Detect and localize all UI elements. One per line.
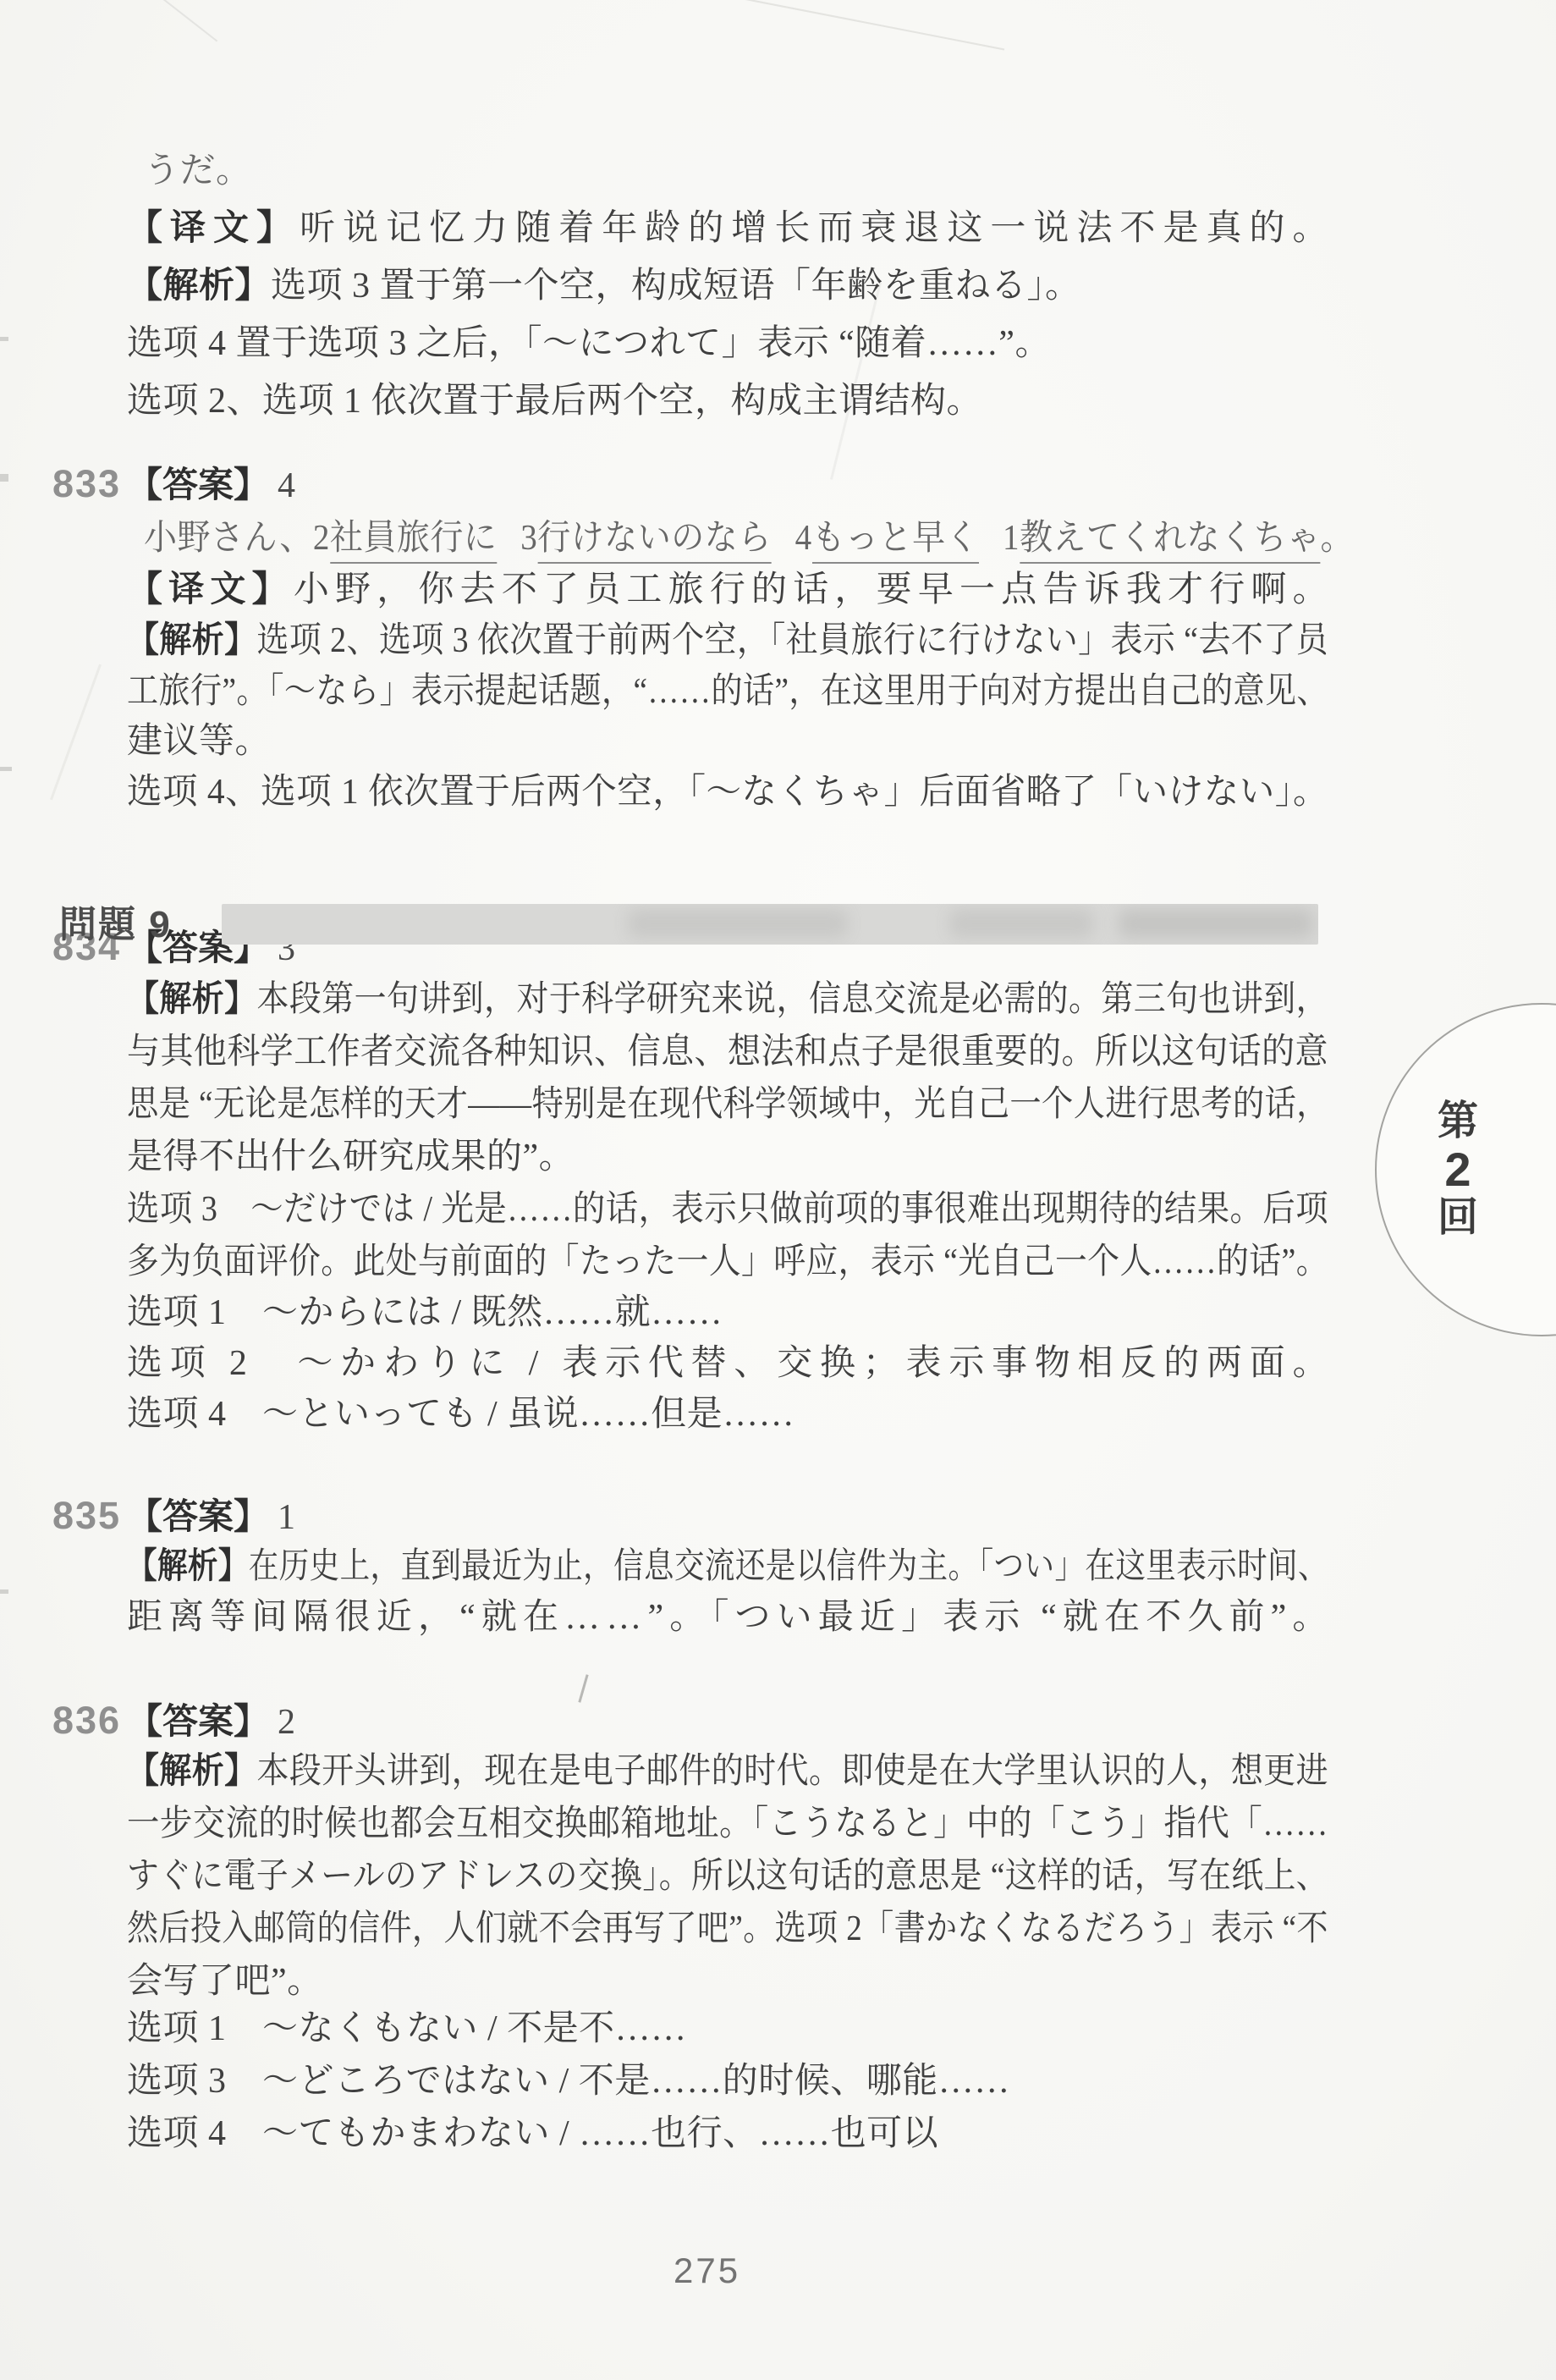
text-line: 一步交流的时候也都会互相交换邮箱地址。「こうなると」中的「こう」指代「…… bbox=[127, 1798, 1328, 1850]
band-blurred-text-smudge bbox=[1119, 909, 1313, 938]
item-number: 836 bbox=[52, 1694, 127, 1747]
text-line: 多为负面评价。此处与前面的「たった一人」呼应，表示 “光自己一个人……的话”。 bbox=[127, 1236, 1328, 1288]
band-blurred-text-smudge bbox=[628, 909, 848, 938]
item-answer-head: 835【答案】1 bbox=[52, 1490, 295, 1542]
answer-value: 4 bbox=[278, 466, 295, 505]
underlined-segment: 社員旅行に bbox=[330, 519, 498, 564]
round-2-side-tab: 第 2 回 bbox=[1375, 1003, 1556, 1336]
segment-number: 4 bbox=[795, 519, 812, 558]
answer-value: 1 bbox=[278, 1498, 295, 1537]
text-line: 选项 2 ～かわりに / 表示代替、交换；表示事物相反的两面。 bbox=[127, 1337, 1335, 1390]
item-answer-head: 833【答案】4 bbox=[52, 458, 295, 510]
segment-number: 3 bbox=[520, 519, 537, 558]
answer-label: 【答案】 bbox=[127, 1498, 269, 1537]
scan-edge-speck bbox=[0, 767, 12, 771]
segment-number: 2 bbox=[313, 519, 330, 558]
round-2-tab-label: 第 2 回 bbox=[1420, 1099, 1496, 1240]
item-number: 835 bbox=[52, 1490, 127, 1542]
underlined-segment: 行けないのなら bbox=[537, 519, 772, 564]
text-line: 【解析】在历史上，直到最近为止，信息交流还是以信件为主。「つい」在这里表示时间、 bbox=[127, 1540, 1328, 1593]
text-line: 选项 1 ～からには / 既然……就…… bbox=[127, 1286, 723, 1339]
tab-char-kai: 回 bbox=[1438, 1196, 1478, 1240]
answer-label: 【答案】 bbox=[127, 1703, 269, 1742]
text-line: すぐに電子メールのアドレスの交換」。所以这句话的意思是 “这样的话，写在纸上、 bbox=[127, 1850, 1328, 1903]
section-header-band bbox=[222, 904, 1318, 945]
answer-value: 2 bbox=[278, 1703, 295, 1742]
segment-number: 1 bbox=[1003, 519, 1020, 558]
jp-example-sentence: 小野さん、2社員旅行に3行けないのなら4もっと早く1教えてくれなくちゃ。 bbox=[144, 512, 1354, 565]
scanned-book-page: 問題 9 うだ。【译文】听说记忆力随着年龄的增长而衰退这一说法不是真的。【解析】… bbox=[0, 0, 1556, 2380]
text-line: うだ。 bbox=[144, 145, 252, 197]
item-number: 833 bbox=[52, 458, 127, 510]
text-line: 选项 2、选项 1 依次置于最后两个空，构成主谓结构。 bbox=[127, 375, 982, 427]
text-line: 【译文】听说记忆力随着年龄的增长而衰退这一说法不是真的。 bbox=[127, 202, 1336, 255]
scan-edge-speck bbox=[0, 337, 8, 341]
text-line: 距离等间隔很近，“就在……”。「つい最近」表示 “就在不久前”。 bbox=[127, 1591, 1334, 1644]
text-line: 与其他科学工作者交流各种知识、信息、想法和点子是很重要的。所以这句话的意 bbox=[127, 1026, 1328, 1078]
text-line: 选项 1 ～なくもない / 不是不…… bbox=[127, 2003, 687, 2055]
underlined-segment: 教えてくれなくちゃ bbox=[1020, 519, 1321, 564]
text-line: 选项 4、选项 1 依次置于后两个空，「～なくちゃ」后面省略了「いけない」。 bbox=[127, 766, 1328, 818]
text-line: 【解析】选项 3 置于第一个空，构成短语「年齢を重ねる」。 bbox=[127, 260, 1081, 312]
text-line: 建议等。 bbox=[127, 715, 271, 768]
underlined-segment: もっと早く bbox=[812, 519, 980, 564]
text-line: 【解析】本段开头讲到，现在是电子邮件的时代。即使是在大学里认识的人，想更进 bbox=[127, 1745, 1328, 1798]
text-line: 是得不出什么研究成果的”。 bbox=[127, 1131, 575, 1183]
scan-scratch bbox=[70, 0, 218, 42]
text-line: 【译文】小野，你去不了员工旅行的话，要早一点告诉我才行啊。 bbox=[127, 564, 1334, 616]
scan-crease bbox=[50, 664, 102, 801]
text-line: 【解析】选项 2、选项 3 依次置于前两个空，「社員旅行に行けない」表示 “去不… bbox=[127, 614, 1328, 667]
band-blurred-text-smudge bbox=[949, 909, 1093, 938]
scan-edge-speck bbox=[0, 1589, 8, 1594]
text-line: 【解析】本段第一句讲到，对于科学研究来说，信息交流是必需的。第三句也讲到， bbox=[127, 973, 1328, 1026]
text-line: 然后投入邮筒的信件，人们就不会再写了吧”。选项 2「書かなくなるだろう」表示 “… bbox=[127, 1903, 1328, 1955]
text-line: 选项 4 ～てもかまわない / ……也行、……也可以 bbox=[127, 2107, 938, 2160]
stray-pen-mark bbox=[578, 1674, 588, 1703]
scan-edge-speck bbox=[0, 474, 8, 482]
text-line: 选项 3 ～だけでは / 光是……的话，表示只做前项的事很难出现期待的结果。后项 bbox=[127, 1183, 1328, 1236]
page-number: 275 bbox=[674, 2247, 740, 2295]
text-line: 选项 4 置于选项 3 之后，「～につれて」表示 “随着……”。 bbox=[127, 317, 1051, 370]
text-line: 思是 “无论是怎样的天才——特别是在现代科学领域中，光自己一个人进行思考的话， bbox=[127, 1078, 1328, 1131]
text-line: 选项 3 ～どころではない / 不是……的时候、哪能…… bbox=[127, 2055, 1010, 2107]
text-line: 选项 4 ～といっても / 虽说……但是…… bbox=[127, 1388, 794, 1441]
item-answer-head: 836【答案】2 bbox=[52, 1694, 295, 1747]
scan-scratch bbox=[730, 0, 1004, 50]
text-line: 会写了吧”。 bbox=[127, 1955, 323, 2008]
answer-label: 【答案】 bbox=[127, 466, 269, 505]
text-line: 工旅行”。「～なら」表示提起话题，“……的话”，在这里用于向对方提出自己的意见、 bbox=[127, 665, 1328, 718]
tab-char-dai: 第 bbox=[1438, 1099, 1478, 1143]
section-header-mondai9: 問題 9 bbox=[59, 899, 172, 951]
tab-char-2: 2 bbox=[1444, 1145, 1471, 1194]
